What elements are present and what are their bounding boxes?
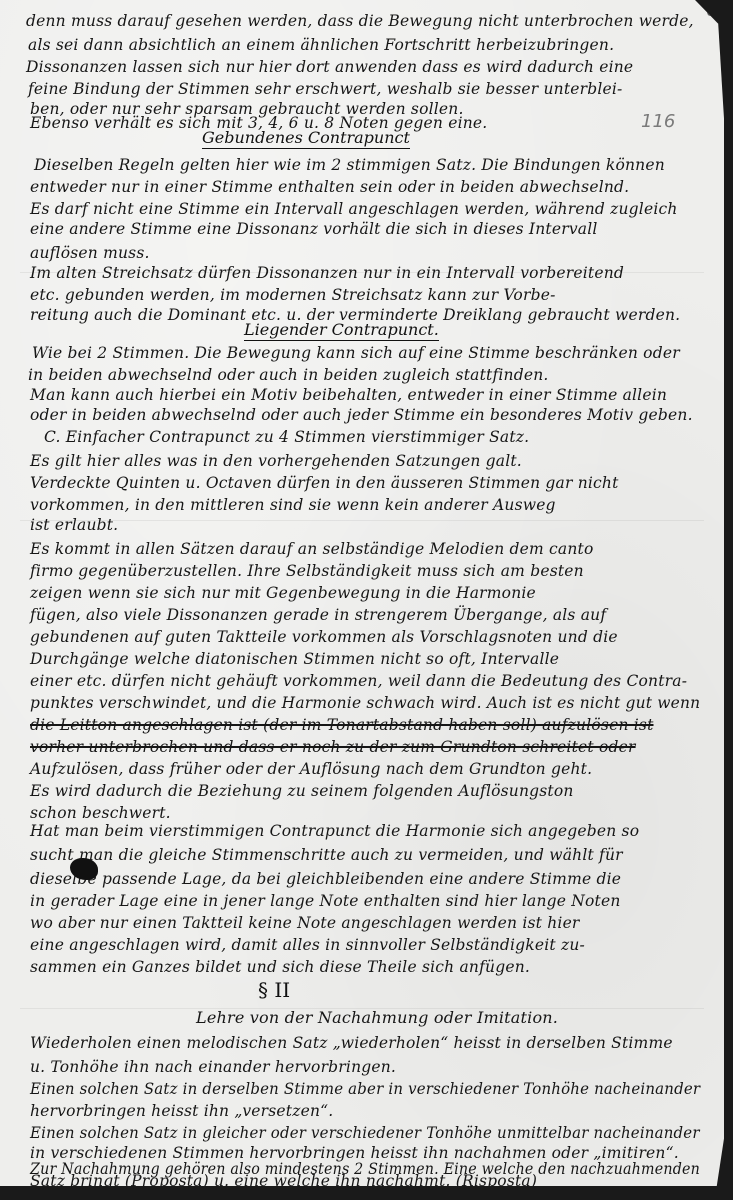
text-line: Es wird dadurch die Beziehung zu seinem … xyxy=(30,782,574,800)
text-line: entweder nur in einer Stimme enthalten s… xyxy=(30,178,629,196)
struck-text-line: die Leitton angeschlagen ist (der im Ton… xyxy=(30,716,654,734)
text-line: als sei dann absichtlich an einem ähnlic… xyxy=(28,36,614,54)
text-line: Im alten Streichsatz dürfen Dissonanzen … xyxy=(30,264,624,282)
text-line: sucht man die gleiche Stimmenschritte au… xyxy=(30,846,623,864)
text-line: etc. gebunden werden, im modernen Streic… xyxy=(30,286,556,304)
text-line: Es darf nicht eine Stimme ein Intervall … xyxy=(30,200,678,218)
text-line: Hat man beim vierstimmigen Contrapunct d… xyxy=(30,822,639,840)
bleed-through xyxy=(20,520,704,521)
corner-mark: 6 xyxy=(706,4,715,20)
ink-blot xyxy=(70,858,98,880)
text-line: ist erlaubt. xyxy=(30,516,118,534)
text-line: eine andere Stimme eine Dissonanz vorhäl… xyxy=(30,220,598,238)
section-heading-gebundenes: Gebundenes Contrapunct xyxy=(202,128,410,149)
text-line: Dieselben Regeln gelten hier wie im 2 st… xyxy=(34,156,665,174)
struck-text-line: vorher unterbrochen und dass er noch zu … xyxy=(30,738,636,756)
page-number: 116 xyxy=(641,111,675,132)
text-line: Satz bringt (Proposta) u. eine welche ih… xyxy=(30,1172,537,1190)
text-line: firmo gegenüberzustellen. Ihre Selbständ… xyxy=(30,562,584,580)
text-line: Es kommt in allen Sätzen darauf an selbs… xyxy=(30,540,594,558)
text-line: in beiden abwechselnd oder auch in beide… xyxy=(28,366,549,384)
section-heading-liegender: Liegender Contrapunct. xyxy=(244,320,439,341)
text-line: hervorbringen heisst ihn „versetzen“. xyxy=(30,1102,333,1120)
text-line: in gerader Lage eine in jener lange Note… xyxy=(30,892,621,910)
text-line: Aufzulösen, dass früher oder der Auflösu… xyxy=(30,760,592,778)
text-line: sammen ein Ganzes bildet und sich diese … xyxy=(30,958,530,976)
text-line: u. Tonhöhe ihn nach einander hervorbring… xyxy=(30,1058,396,1076)
section-mark: § II xyxy=(258,978,290,1002)
text-line: wo aber nur einen Taktteil keine Note an… xyxy=(30,914,580,932)
text-line: oder in beiden abwechselnd oder auch jed… xyxy=(30,406,693,424)
text-line: Wie bei 2 Stimmen. Die Bewegung kann sic… xyxy=(32,344,680,362)
text-line: schon beschwert. xyxy=(30,804,171,822)
text-line: Durchgänge welche diatonischen Stimmen n… xyxy=(30,650,559,668)
text-line: auflösen muss. xyxy=(30,244,150,262)
text-line: gebundenen auf guten Taktteile vorkommen… xyxy=(30,628,618,646)
text-line: Dissonanzen lassen sich nur hier dort an… xyxy=(26,58,633,76)
text-line: vorkommen, in den mittleren sind sie wen… xyxy=(30,496,556,514)
text-line: Verdeckte Quinten u. Octaven dürfen in d… xyxy=(30,474,619,492)
text-line: Einen solchen Satz in gleicher oder vers… xyxy=(30,1124,700,1142)
text-line: Wiederholen einen melodischen Satz „wied… xyxy=(30,1034,673,1052)
text-line: fügen, also viele Dissonanzen gerade in … xyxy=(30,606,606,624)
text-line: Es gilt hier alles was in den vorhergehe… xyxy=(30,452,522,470)
text-line: denn muss darauf gesehen werden, dass di… xyxy=(26,12,686,30)
text-line: Einen solchen Satz in derselben Stimme a… xyxy=(30,1080,700,1098)
text-line: dieselbe passende Lage, da bei gleichble… xyxy=(30,870,621,888)
text-line: feine Bindung der Stimmen sehr erschwert… xyxy=(28,80,622,98)
text-line: einer etc. dürfen nicht gehäuft vorkomme… xyxy=(30,672,687,690)
section-title: Lehre von der Nachahmung oder Imitation. xyxy=(196,1008,558,1027)
text-line: Man kann auch hierbei ein Motiv beibehal… xyxy=(30,386,667,404)
text-line: eine angeschlagen wird, damit alles in s… xyxy=(30,936,585,954)
text-line: punktes verschwindet, und die Harmonie s… xyxy=(30,694,700,712)
text-line: zeigen wenn sie sich nur mit Gegenbewegu… xyxy=(30,584,536,602)
text-line: C. Einfacher Contrapunct zu 4 Stimmen vi… xyxy=(44,428,529,446)
manuscript-page: 6 116 denn muss darauf gesehen werden, d… xyxy=(0,0,724,1186)
